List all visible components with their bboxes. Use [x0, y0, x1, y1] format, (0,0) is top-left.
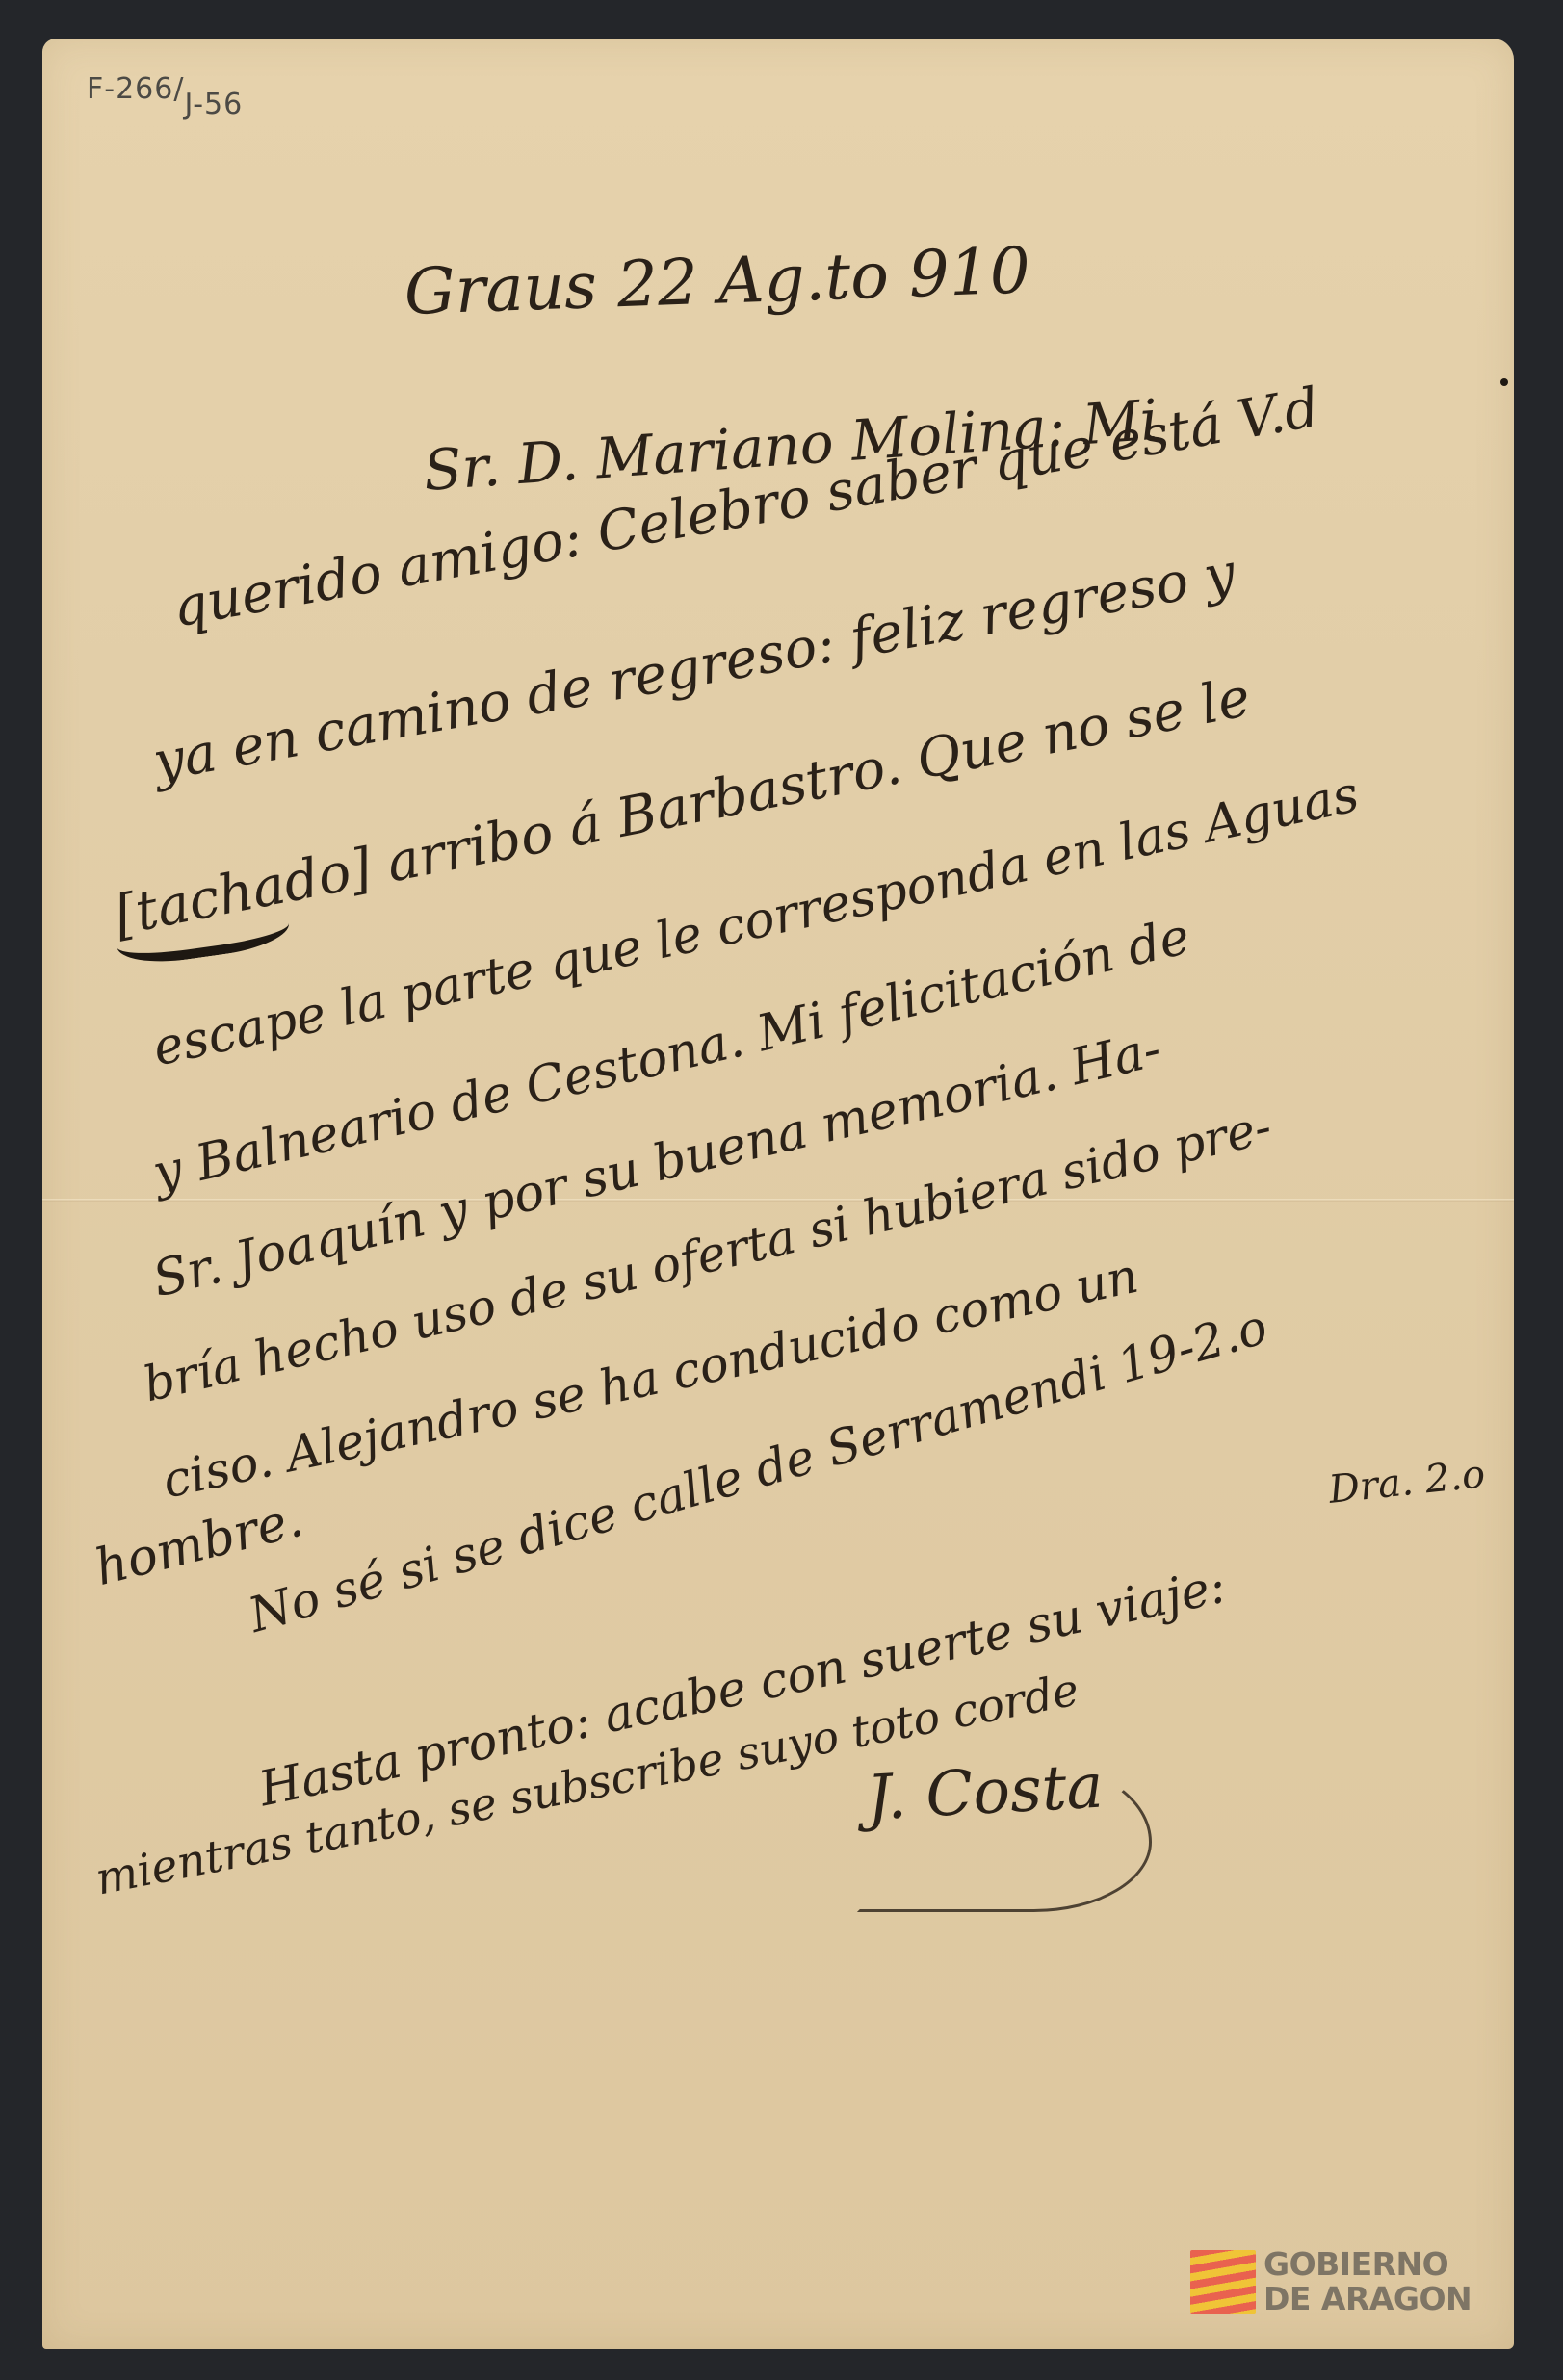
gobierno-aragon-logo: GOBIERNO DE ARAGON — [1190, 2247, 1472, 2316]
logo-text: GOBIERNO DE ARAGON — [1263, 2247, 1472, 2316]
logo-line2: DE ARAGON — [1263, 2282, 1472, 2316]
ink-dot — [1500, 378, 1508, 386]
archive-reference: F-266/J-56 — [87, 72, 243, 106]
logo-line1: GOBIERNO — [1263, 2247, 1472, 2282]
aragon-flag-icon — [1190, 2250, 1256, 2314]
signature: J. Costa — [865, 1751, 1105, 1835]
archive-ref-part2: J-56 — [184, 88, 243, 121]
archive-ref-part1: F-266 — [87, 72, 173, 106]
fold-crease — [42, 1199, 1514, 1202]
